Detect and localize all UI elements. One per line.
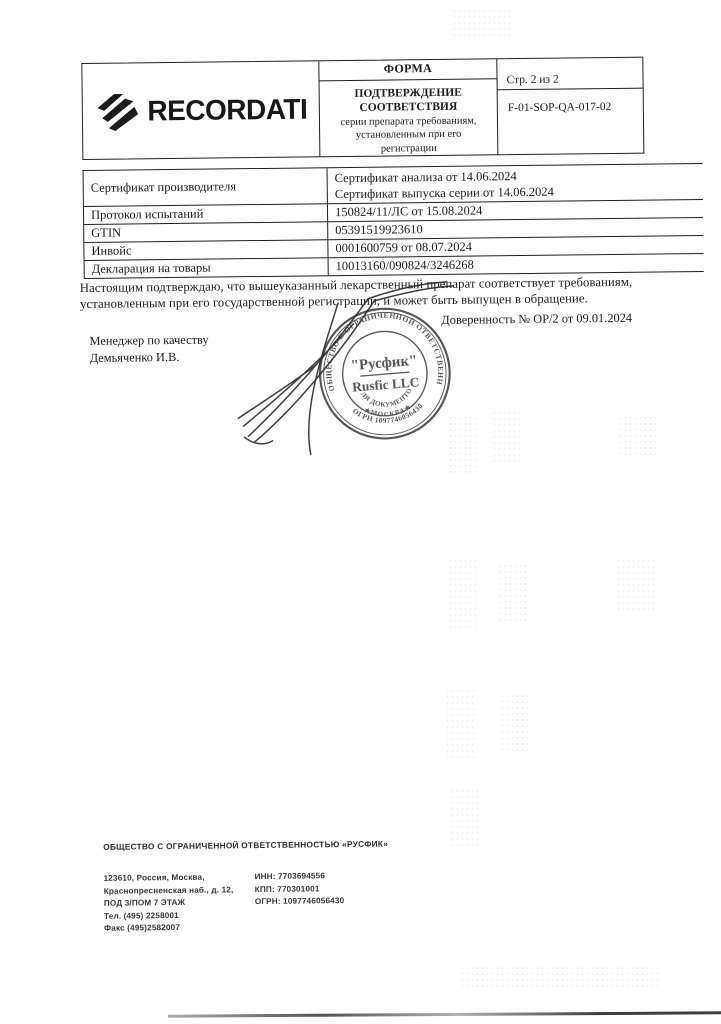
footer-company-name: ОБЩЕСТВО С ОГРАНИЧЕННОЙ ОТВЕТСТВЕННОСТЬЮ… [103, 839, 388, 852]
invoice-value: 0001600759 от 08.07.2024 [335, 237, 703, 256]
goods-declaration-value: 10013160/090824/3246268 [336, 255, 704, 274]
row-value: 10013160/090824/3246268 [328, 254, 704, 275]
doc-title: ПОДТВЕРЖДЕНИЕ СООТВЕТСТВИЯ [343, 85, 473, 114]
brand-wordmark: RECORDATI [147, 93, 307, 127]
row-label: Инвойс [84, 240, 327, 260]
scan-artifact [500, 693, 532, 755]
brand-logo: RECORDATI [82, 61, 319, 159]
stamp-company-name-ru: "Русфик" [350, 353, 418, 374]
recordati-logo-icon [94, 90, 140, 133]
scan-artifact [448, 415, 476, 477]
address-line: Краснопресненская наб., д. 12, [104, 884, 255, 898]
row-label: GTIN [84, 222, 327, 242]
scan-artifact [460, 965, 660, 990]
header-right-column: Стр. 2 из 2 F-01-SOP-QA-017-02 [496, 58, 643, 155]
inn-line: ИНН: 7703694556 [254, 870, 344, 884]
scan-artifact [450, 788, 482, 850]
certificate-release-value: Сертификат выпуска серии от 14.06.2024 [335, 181, 703, 201]
scan-artifact [492, 410, 524, 466]
gtin-value: 05391519923610 [335, 219, 703, 238]
scan-artifact [445, 688, 477, 760]
kpp-line: КПП: 770301001 [255, 883, 345, 897]
scan-artifact [452, 8, 512, 38]
page-indicator-cell: Стр. 2 из 2 [497, 58, 642, 91]
ogrn-line: ОГРН: 1097746056430 [255, 895, 345, 909]
signer-block: Менеджер по качеству Демьяченко И.В. [89, 332, 209, 367]
form-code: F-01-SOP-QA-017-02 [498, 89, 643, 115]
scan-artifact [616, 558, 658, 614]
row-value: Сертификат анализа от 14.06.2024 Сертифи… [327, 164, 703, 203]
doc-title-cell: ПОДТВЕРЖДЕНИЕ СООТВЕТСТВИЯ серии препара… [320, 79, 498, 157]
row-label: Сертификат производителя [84, 168, 327, 206]
footer-registration: ИНН: 7703694556 КПП: 770301001 ОГРН: 109… [254, 870, 344, 934]
footer-block: ОБЩЕСТВО С ОГРАНИЧЕННОЙ ОТВЕТСТВЕННОСТЬЮ… [103, 839, 389, 936]
scan-artifact [618, 415, 660, 457]
header-middle-column: ФОРМА ПОДТВЕРЖДЕНИЕ СООТВЕТСТВИЯ серии п… [318, 59, 497, 156]
test-protocol-value: 150824/11/ЛС от 15.08.2024 [335, 201, 703, 220]
row-label: Декларация на товары [85, 258, 328, 278]
signer-role: Менеджер по качеству [89, 332, 208, 350]
footer-address: 123610, Россия, Москва, Краснопресненска… [103, 871, 255, 936]
row-label: Протокол испытаний [84, 204, 327, 224]
address-line: Факс (495)2582007 [104, 921, 255, 935]
header-table: RECORDATI ФОРМА ПОДТВЕРЖДЕНИЕ СООТВЕТСТВ… [81, 57, 644, 160]
page-indicator: Стр. 2 из 2 [506, 74, 558, 87]
form-label: ФОРМА [384, 61, 433, 77]
scan-artifact [498, 563, 530, 623]
scanned-document: RECORDATI ФОРМА ПОДТВЕРЖДЕНИЕ СООТВЕТСТВ… [0, 0, 721, 1024]
doc-subtitle: серии препарата требованиям, установленн… [328, 114, 488, 156]
details-table: Сертификат производителя Сертификат анал… [83, 163, 704, 279]
scan-artifact [448, 558, 476, 630]
signer-name: Демьяченко И.В. [90, 349, 209, 367]
power-of-attorney-line: Доверенность № ОР/2 от 09.01.2024 [441, 311, 632, 328]
form-label-cell: ФОРМА [319, 59, 496, 81]
company-stamp: ОБЩЕСТВО С ОГРАНИЧЕННОЙ ОТВЕТСТВЕННОСТЬЮ… [312, 301, 458, 447]
